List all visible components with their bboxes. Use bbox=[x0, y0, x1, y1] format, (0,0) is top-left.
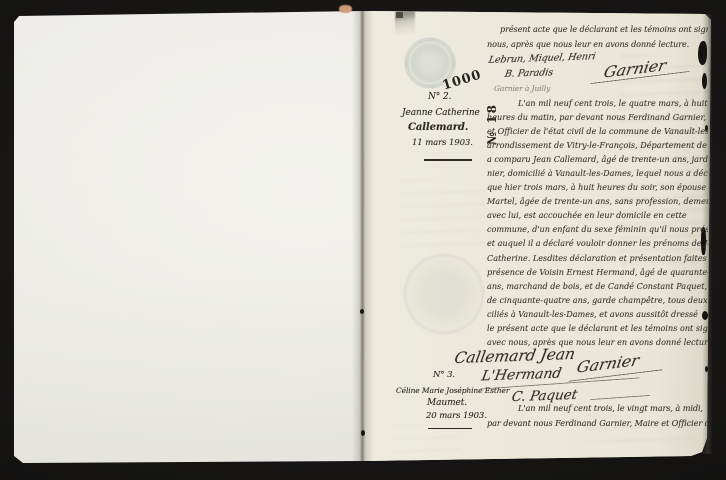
margin-rule bbox=[428, 428, 472, 429]
margin-surname: Callemard. bbox=[408, 122, 468, 133]
margin-date: 20 mars 1903. bbox=[426, 411, 487, 421]
act-line: Catherine. Lesdites déclaration et prése… bbox=[487, 251, 708, 265]
signature: Lebrun, Miquel, Henri bbox=[488, 51, 597, 66]
margin-surname: Maumet. bbox=[427, 398, 467, 408]
act-line: et auquel il a déclaré vouloir donner le… bbox=[487, 236, 708, 250]
margin-act-number: N° 2. bbox=[428, 92, 451, 102]
act-line: ciliés à Vanault-les-Dames, et avons aus… bbox=[487, 307, 708, 321]
act-line: ans, marchand de bois, et de Candé Const… bbox=[487, 279, 708, 293]
ink-blot bbox=[698, 41, 707, 65]
signature: B. Paradis bbox=[504, 67, 554, 80]
margin-name: Jeanne Catherine bbox=[402, 108, 480, 118]
act-line: le présent acte que le déclarant et les … bbox=[487, 321, 708, 335]
act-line: nous, après que nous leur en avons donné… bbox=[487, 39, 689, 49]
faint-round-seal bbox=[404, 254, 484, 334]
ink-smudge bbox=[396, 12, 403, 18]
act-line: de cinquante-quatre ans, garde champêtre… bbox=[487, 293, 708, 307]
signature-flourish bbox=[590, 395, 650, 400]
act-line: par devant nous Ferdinand Garnier, Maire… bbox=[487, 418, 708, 428]
act-line: que hier trois mars, à huit heures du so… bbox=[487, 180, 708, 194]
signature-declarant: Callemard Jean bbox=[453, 345, 577, 367]
act-line: présence de Voisin Ernest Hermand, âgé d… bbox=[487, 265, 708, 279]
margin-date: 11 mars 1903. bbox=[412, 138, 473, 148]
act-line: L'an mil neuf cent trois, le quatre mars… bbox=[487, 96, 708, 110]
tape-mark bbox=[339, 5, 352, 13]
act-line: L'an mil neuf cent trois, le vingt mars,… bbox=[518, 403, 703, 413]
act-line: nier, domicilié à Vanault-les-Dames, leq… bbox=[487, 166, 708, 180]
bleedthrough-text bbox=[390, 425, 460, 455]
act-line: Martel, âgée de trente-un ans, sans prof… bbox=[487, 194, 708, 208]
scanned-register-spread: présent acte que le déclarant et les tém… bbox=[0, 0, 726, 480]
margin-rule bbox=[424, 159, 472, 161]
act-line: a comparu Jean Callemard, âgé de trente-… bbox=[487, 152, 708, 166]
signature-note: Garnier à Juilly bbox=[494, 84, 550, 93]
act-line: présent acte que le déclarant et les tém… bbox=[500, 24, 708, 34]
margin-act-number: N° 3. bbox=[433, 370, 455, 380]
ink-blot bbox=[705, 366, 708, 372]
act-line: arrondissement de Vitry-le-François, Dép… bbox=[487, 138, 708, 152]
right-page-content: présent acte que le déclarant et les tém… bbox=[362, 11, 708, 461]
signature-witness: L'Hermand bbox=[480, 366, 562, 385]
act-line: commune, d'un enfant du sexe féminin qu'… bbox=[487, 222, 708, 236]
act-line: heures du matin, par devant nous Ferdina… bbox=[487, 110, 708, 124]
act-line: et Officier de l'état civil de la commun… bbox=[487, 124, 708, 138]
act-line: avec lui, est accouchée en leur domicile… bbox=[487, 208, 708, 222]
act-body: L'an mil neuf cent trois, le quatre mars… bbox=[487, 96, 708, 349]
margin-name: Céline Marie Joséphine Esther bbox=[396, 386, 509, 395]
bleedthrough-text bbox=[400, 180, 485, 250]
ink-blot bbox=[702, 73, 707, 89]
